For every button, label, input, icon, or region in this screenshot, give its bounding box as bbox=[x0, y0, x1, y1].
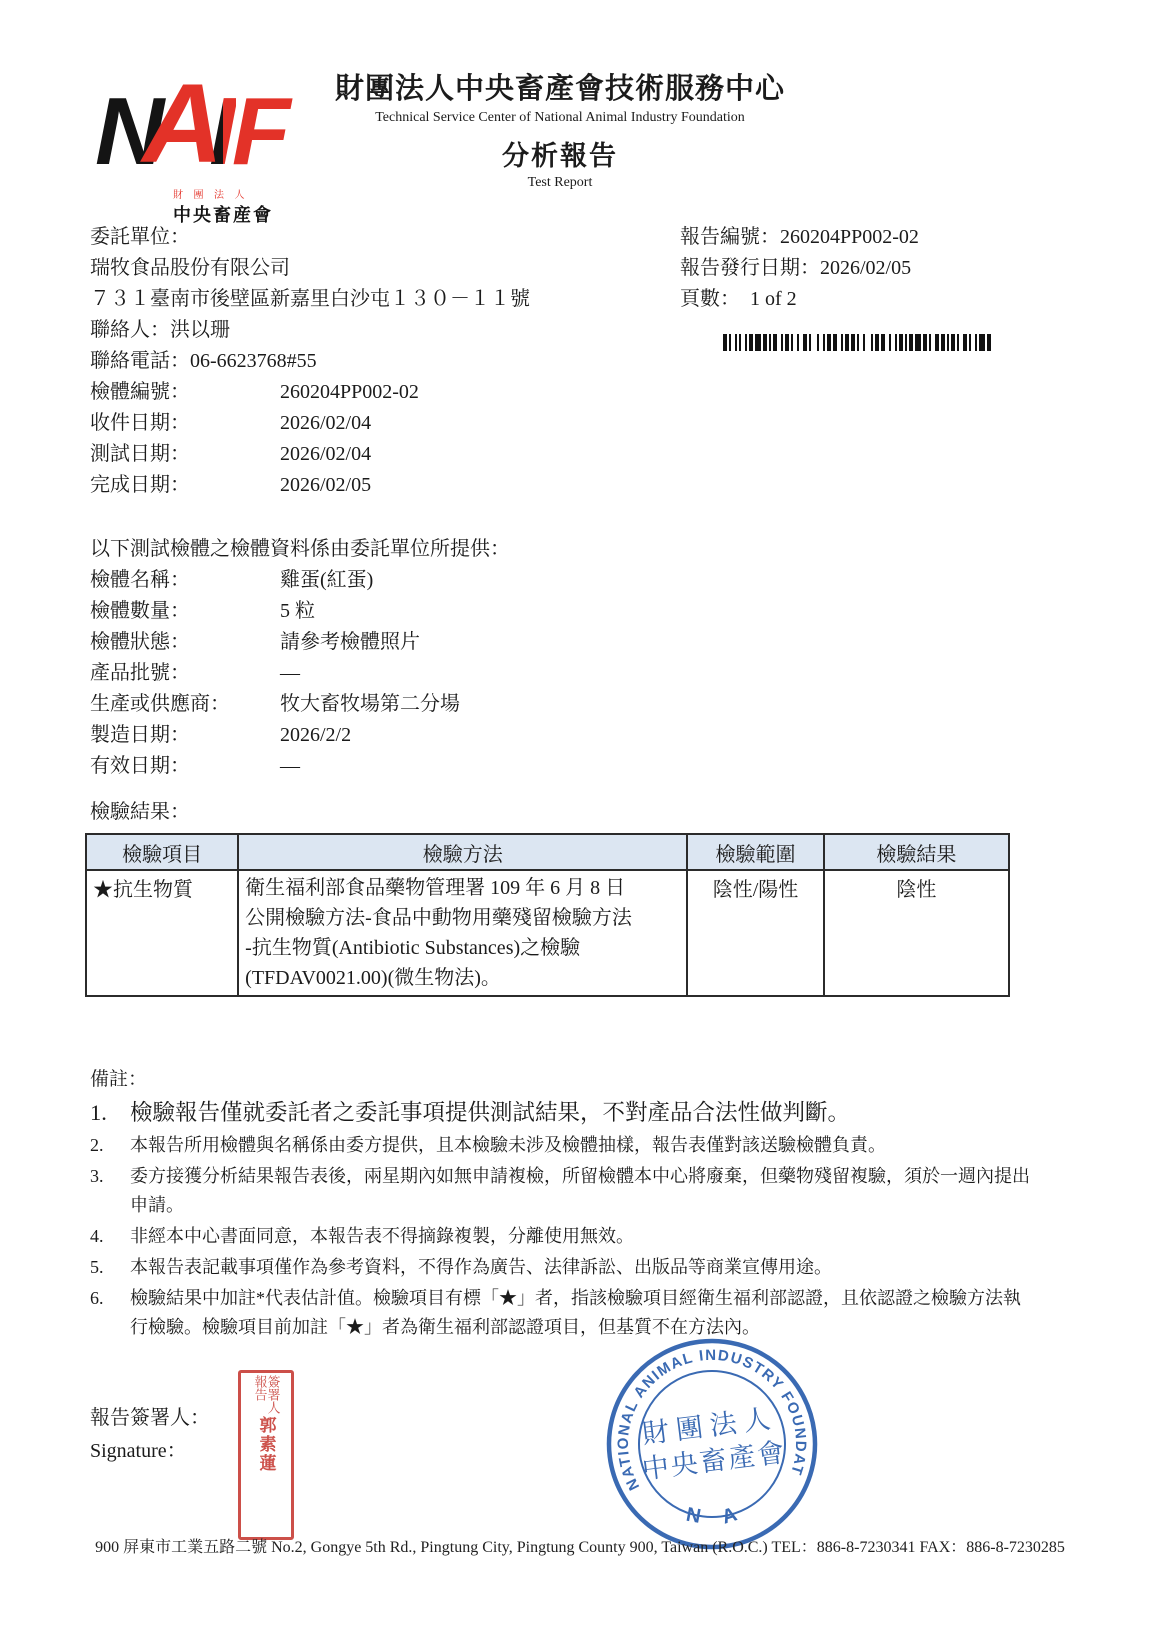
client-row-value: 2026/02/04 bbox=[280, 412, 371, 434]
report-meta-row-label: 頁數： bbox=[680, 284, 740, 315]
result-item: ★抗生物質 bbox=[86, 870, 238, 996]
client-info-block: 委託單位： 瑞牧食品股份有限公司 ７３１臺南市後壁區新嘉里白沙屯１３０－１１號 … bbox=[90, 222, 530, 501]
sample-row-label: 檢體狀態： bbox=[90, 627, 280, 658]
signer-stamp-name: 郭素蓮 bbox=[254, 1416, 279, 1473]
remark-number: 3. bbox=[90, 1162, 130, 1220]
signature-label-zh: 報告簽署人： bbox=[90, 1402, 210, 1435]
sample-row: 製造日期：2026/2/2 bbox=[90, 720, 510, 751]
client-phone: 聯絡電話：06-6623768#55 bbox=[90, 346, 530, 377]
remark-text: 本報告所用檢體與名稱係由委方提供，且本檢驗未涉及檢體抽樣，報告表僅對該送驗檢體負… bbox=[130, 1131, 886, 1160]
sample-row-label: 有效日期： bbox=[90, 751, 280, 782]
barcode-bar bbox=[987, 334, 991, 351]
remark-number: 6. bbox=[90, 1284, 130, 1342]
client-row: 檢體編號：260204PP002-02 bbox=[90, 377, 530, 408]
report-meta-row-label: 報告發行日期： bbox=[680, 253, 820, 284]
sample-row-label: 製造日期： bbox=[90, 720, 280, 751]
remark-text: 本報告表記載事項僅作為參考資料，不得作為廣告、法律訴訟、出版品等商業宣傳用途。 bbox=[130, 1253, 832, 1282]
sample-info-block: 以下測試檢體之檢體資料係由委託單位所提供： 檢體名稱：雞蛋(紅蛋)檢體數量：5 … bbox=[90, 534, 510, 782]
client-contact: 聯絡人：洪以珊 bbox=[90, 315, 530, 346]
test-report-page: NAIF 財 團 法 人 中央畜産會 財團法人中央畜產會技術服務中心 Techn… bbox=[0, 0, 1160, 1640]
sample-row-value: 雞蛋(紅蛋) bbox=[280, 569, 373, 591]
sample-row-value: 5 粒 bbox=[280, 600, 315, 622]
signer-stamp-title: 簽署人 報告 bbox=[254, 1375, 279, 1414]
report-barcode bbox=[723, 334, 1010, 351]
remark-item: 5.本報告表記載事項僅作為參考資料，不得作為廣告、法律訴訟、出版品等商業宣傳用途… bbox=[90, 1253, 1035, 1282]
footer-address: 900 屏東市工業五路二號 No.2, Gongye 5th Rd., Ping… bbox=[0, 1534, 1160, 1557]
sample-row-value: — bbox=[280, 662, 300, 684]
client-row-label: 完成日期： bbox=[90, 470, 280, 501]
client-row: 完成日期：2026/02/05 bbox=[90, 470, 530, 501]
result-method-line: (TFDAV0021.00)(微生物法)。 bbox=[245, 963, 680, 993]
result-method-line: 公開檢驗方法-食品中動物用藥殘留檢驗方法 bbox=[245, 903, 680, 933]
client-company: 瑞牧食品股份有限公司 bbox=[90, 253, 530, 284]
report-meta-row: 頁數：1 of 2 bbox=[680, 284, 919, 315]
sample-row-label: 產品批號： bbox=[90, 658, 280, 689]
sample-row-value: 2026/2/2 bbox=[280, 724, 351, 746]
sample-row-value: 請參考檢體照片 bbox=[280, 631, 420, 653]
result-method-line: -抗生物質(Antibiotic Substances)之檢驗 bbox=[245, 933, 680, 963]
remark-item: 6.檢驗結果中加註*代表估計值。檢驗項目有標「★」者，指該檢驗項目經衛生福利部認… bbox=[90, 1284, 1035, 1342]
client-row: 測試日期：2026/02/04 bbox=[90, 439, 530, 470]
remark-item: 2.本報告所用檢體與名稱係由委方提供，且本檢驗未涉及檢體抽樣，報告表僅對該送驗檢… bbox=[90, 1131, 1035, 1160]
signer-red-stamp: 簽署人 報告 郭素蓮 bbox=[238, 1370, 294, 1540]
remark-item: 3.委方接獲分析結果報告表後，兩星期內如無申請複檢，所留檢體本中心將廢棄，但藥物… bbox=[90, 1162, 1035, 1220]
remark-text: 檢驗報告僅就委託者之委託事項提供測試結果，不對產品合法性做判斷。 bbox=[130, 1096, 850, 1129]
naif-round-seal: NATIONAL ANIMAL INDUSTRY FOUNDATION N A … bbox=[604, 1336, 820, 1552]
remark-number: 5. bbox=[90, 1253, 130, 1282]
client-row-label: 收件日期： bbox=[90, 408, 280, 439]
org-title-zh: 財團法人中央畜產會技術服務中心 bbox=[260, 66, 860, 107]
remark-number: 1. bbox=[90, 1096, 130, 1129]
sample-row-label: 生產或供應商： bbox=[90, 689, 280, 720]
client-address: ７３１臺南市後壁區新嘉里白沙屯１３０－１１號 bbox=[90, 284, 530, 315]
client-row-value: 2026/02/05 bbox=[280, 474, 371, 496]
report-meta-block: 報告編號：260204PP002-02報告發行日期：2026/02/05頁數：1… bbox=[680, 222, 919, 315]
client-heading: 委託單位： bbox=[90, 222, 530, 253]
remarks-heading: 備註： bbox=[90, 1066, 1035, 1094]
sample-intro: 以下測試檢體之檢體資料係由委託單位所提供： bbox=[90, 534, 510, 565]
document-header: 財團法人中央畜產會技術服務中心 Technical Service Center… bbox=[260, 66, 860, 191]
remarks-list: 1.檢驗報告僅就委託者之委託事項提供測試結果，不對產品合法性做判斷。2.本報告所… bbox=[90, 1096, 1035, 1342]
result-method-line: 衛生福利部食品藥物管理署 109 年 6 月 8 日 bbox=[245, 873, 680, 903]
client-row-label: 檢體編號： bbox=[90, 377, 280, 408]
sample-row: 檢體名稱：雞蛋(紅蛋) bbox=[90, 565, 510, 596]
signature-block: 報告簽署人： Signature： bbox=[90, 1402, 210, 1468]
sample-row: 檢體狀態：請參考檢體照片 bbox=[90, 627, 510, 658]
results-table: 檢驗項目檢驗方法檢驗範圍檢驗結果 ★抗生物質衛生福利部食品藥物管理署 109 年… bbox=[85, 833, 1010, 997]
sample-rows: 檢體名稱：雞蛋(紅蛋)檢體數量：5 粒檢體狀態：請參考檢體照片產品批號：—生產或… bbox=[90, 565, 510, 782]
results-header-row: 檢驗項目檢驗方法檢驗範圍檢驗結果 bbox=[86, 834, 1009, 870]
results-row: ★抗生物質衛生福利部食品藥物管理署 109 年 6 月 8 日公開檢驗方法-食品… bbox=[86, 870, 1009, 996]
sample-row: 生產或供應商：牧大畜牧場第二分場 bbox=[90, 689, 510, 720]
report-meta-row-value: 260204PP002-02 bbox=[780, 226, 919, 248]
naif-logo-subtitle: 財 團 法 人 中央畜産會 bbox=[173, 186, 295, 227]
results-column-header: 檢驗範圍 bbox=[687, 834, 823, 870]
sample-row: 檢體數量：5 粒 bbox=[90, 596, 510, 627]
remark-text: 委方接獲分析結果報告表後，兩星期內如無申請複檢，所留檢體本中心將廢棄，但藥物殘留… bbox=[130, 1162, 1035, 1220]
client-row-label: 測試日期： bbox=[90, 439, 280, 470]
sample-row-label: 檢體名稱： bbox=[90, 565, 280, 596]
sample-row: 產品批號：— bbox=[90, 658, 510, 689]
report-meta-rows: 報告編號：260204PP002-02報告發行日期：2026/02/05頁數：1… bbox=[680, 222, 919, 315]
remark-item: 1.檢驗報告僅就委託者之委託事項提供測試結果，不對產品合法性做判斷。 bbox=[90, 1096, 1035, 1129]
report-meta-row: 報告編號：260204PP002-02 bbox=[680, 222, 919, 253]
results-heading: 檢驗結果： bbox=[90, 795, 190, 824]
report-meta-row-label: 報告編號： bbox=[680, 222, 780, 253]
report-meta-row: 報告發行日期：2026/02/05 bbox=[680, 253, 919, 284]
remark-text: 檢驗結果中加註*代表估計值。檢驗項目有標「★」者，指該檢驗項目經衛生福利部認證，… bbox=[130, 1284, 1035, 1342]
client-row: 收件日期：2026/02/04 bbox=[90, 408, 530, 439]
report-meta-row-value: 2026/02/05 bbox=[820, 257, 911, 279]
result-range: 陰性/陽性 bbox=[687, 870, 823, 996]
report-meta-row-value: 1 of 2 bbox=[740, 288, 797, 310]
org-title-en: Technical Service Center of National Ani… bbox=[260, 110, 860, 126]
sample-row: 有效日期：— bbox=[90, 751, 510, 782]
client-row-value: 260204PP002-02 bbox=[280, 381, 419, 403]
remark-number: 4. bbox=[90, 1222, 130, 1251]
report-title-zh: 分析報告 bbox=[260, 134, 860, 173]
remark-text: 非經本中心書面同意，本報告表不得摘錄複製，分離使用無效。 bbox=[130, 1222, 634, 1251]
results-column-header: 檢驗方法 bbox=[238, 834, 687, 870]
sample-id-rows: 檢體編號：260204PP002-02收件日期：2026/02/04測試日期：2… bbox=[90, 377, 530, 501]
sample-row-label: 檢體數量： bbox=[90, 596, 280, 627]
result-method: 衛生福利部食品藥物管理署 109 年 6 月 8 日公開檢驗方法-食品中動物用藥… bbox=[238, 870, 687, 996]
sample-row-value: 牧大畜牧場第二分場 bbox=[280, 693, 460, 715]
results-body: ★抗生物質衛生福利部食品藥物管理署 109 年 6 月 8 日公開檢驗方法-食品… bbox=[86, 870, 1009, 996]
signature-label-en: Signature： bbox=[90, 1435, 210, 1468]
naif-seal-svg: NATIONAL ANIMAL INDUSTRY FOUNDATION N A … bbox=[604, 1336, 820, 1552]
remark-number: 2. bbox=[90, 1131, 130, 1160]
results-column-header: 檢驗項目 bbox=[86, 834, 238, 870]
report-title-en: Test Report bbox=[260, 175, 860, 191]
client-row-value: 2026/02/04 bbox=[280, 443, 371, 465]
remarks-block: 備註： 1.檢驗報告僅就委託者之委託事項提供測試結果，不對產品合法性做判斷。2.… bbox=[90, 1066, 1035, 1342]
sample-row-value: — bbox=[280, 755, 300, 777]
result-value: 陰性 bbox=[824, 870, 1009, 996]
logo-letter-a: A bbox=[142, 68, 223, 180]
remark-item: 4.非經本中心書面同意，本報告表不得摘錄複製，分離使用無效。 bbox=[90, 1222, 1035, 1251]
results-column-header: 檢驗結果 bbox=[824, 834, 1009, 870]
